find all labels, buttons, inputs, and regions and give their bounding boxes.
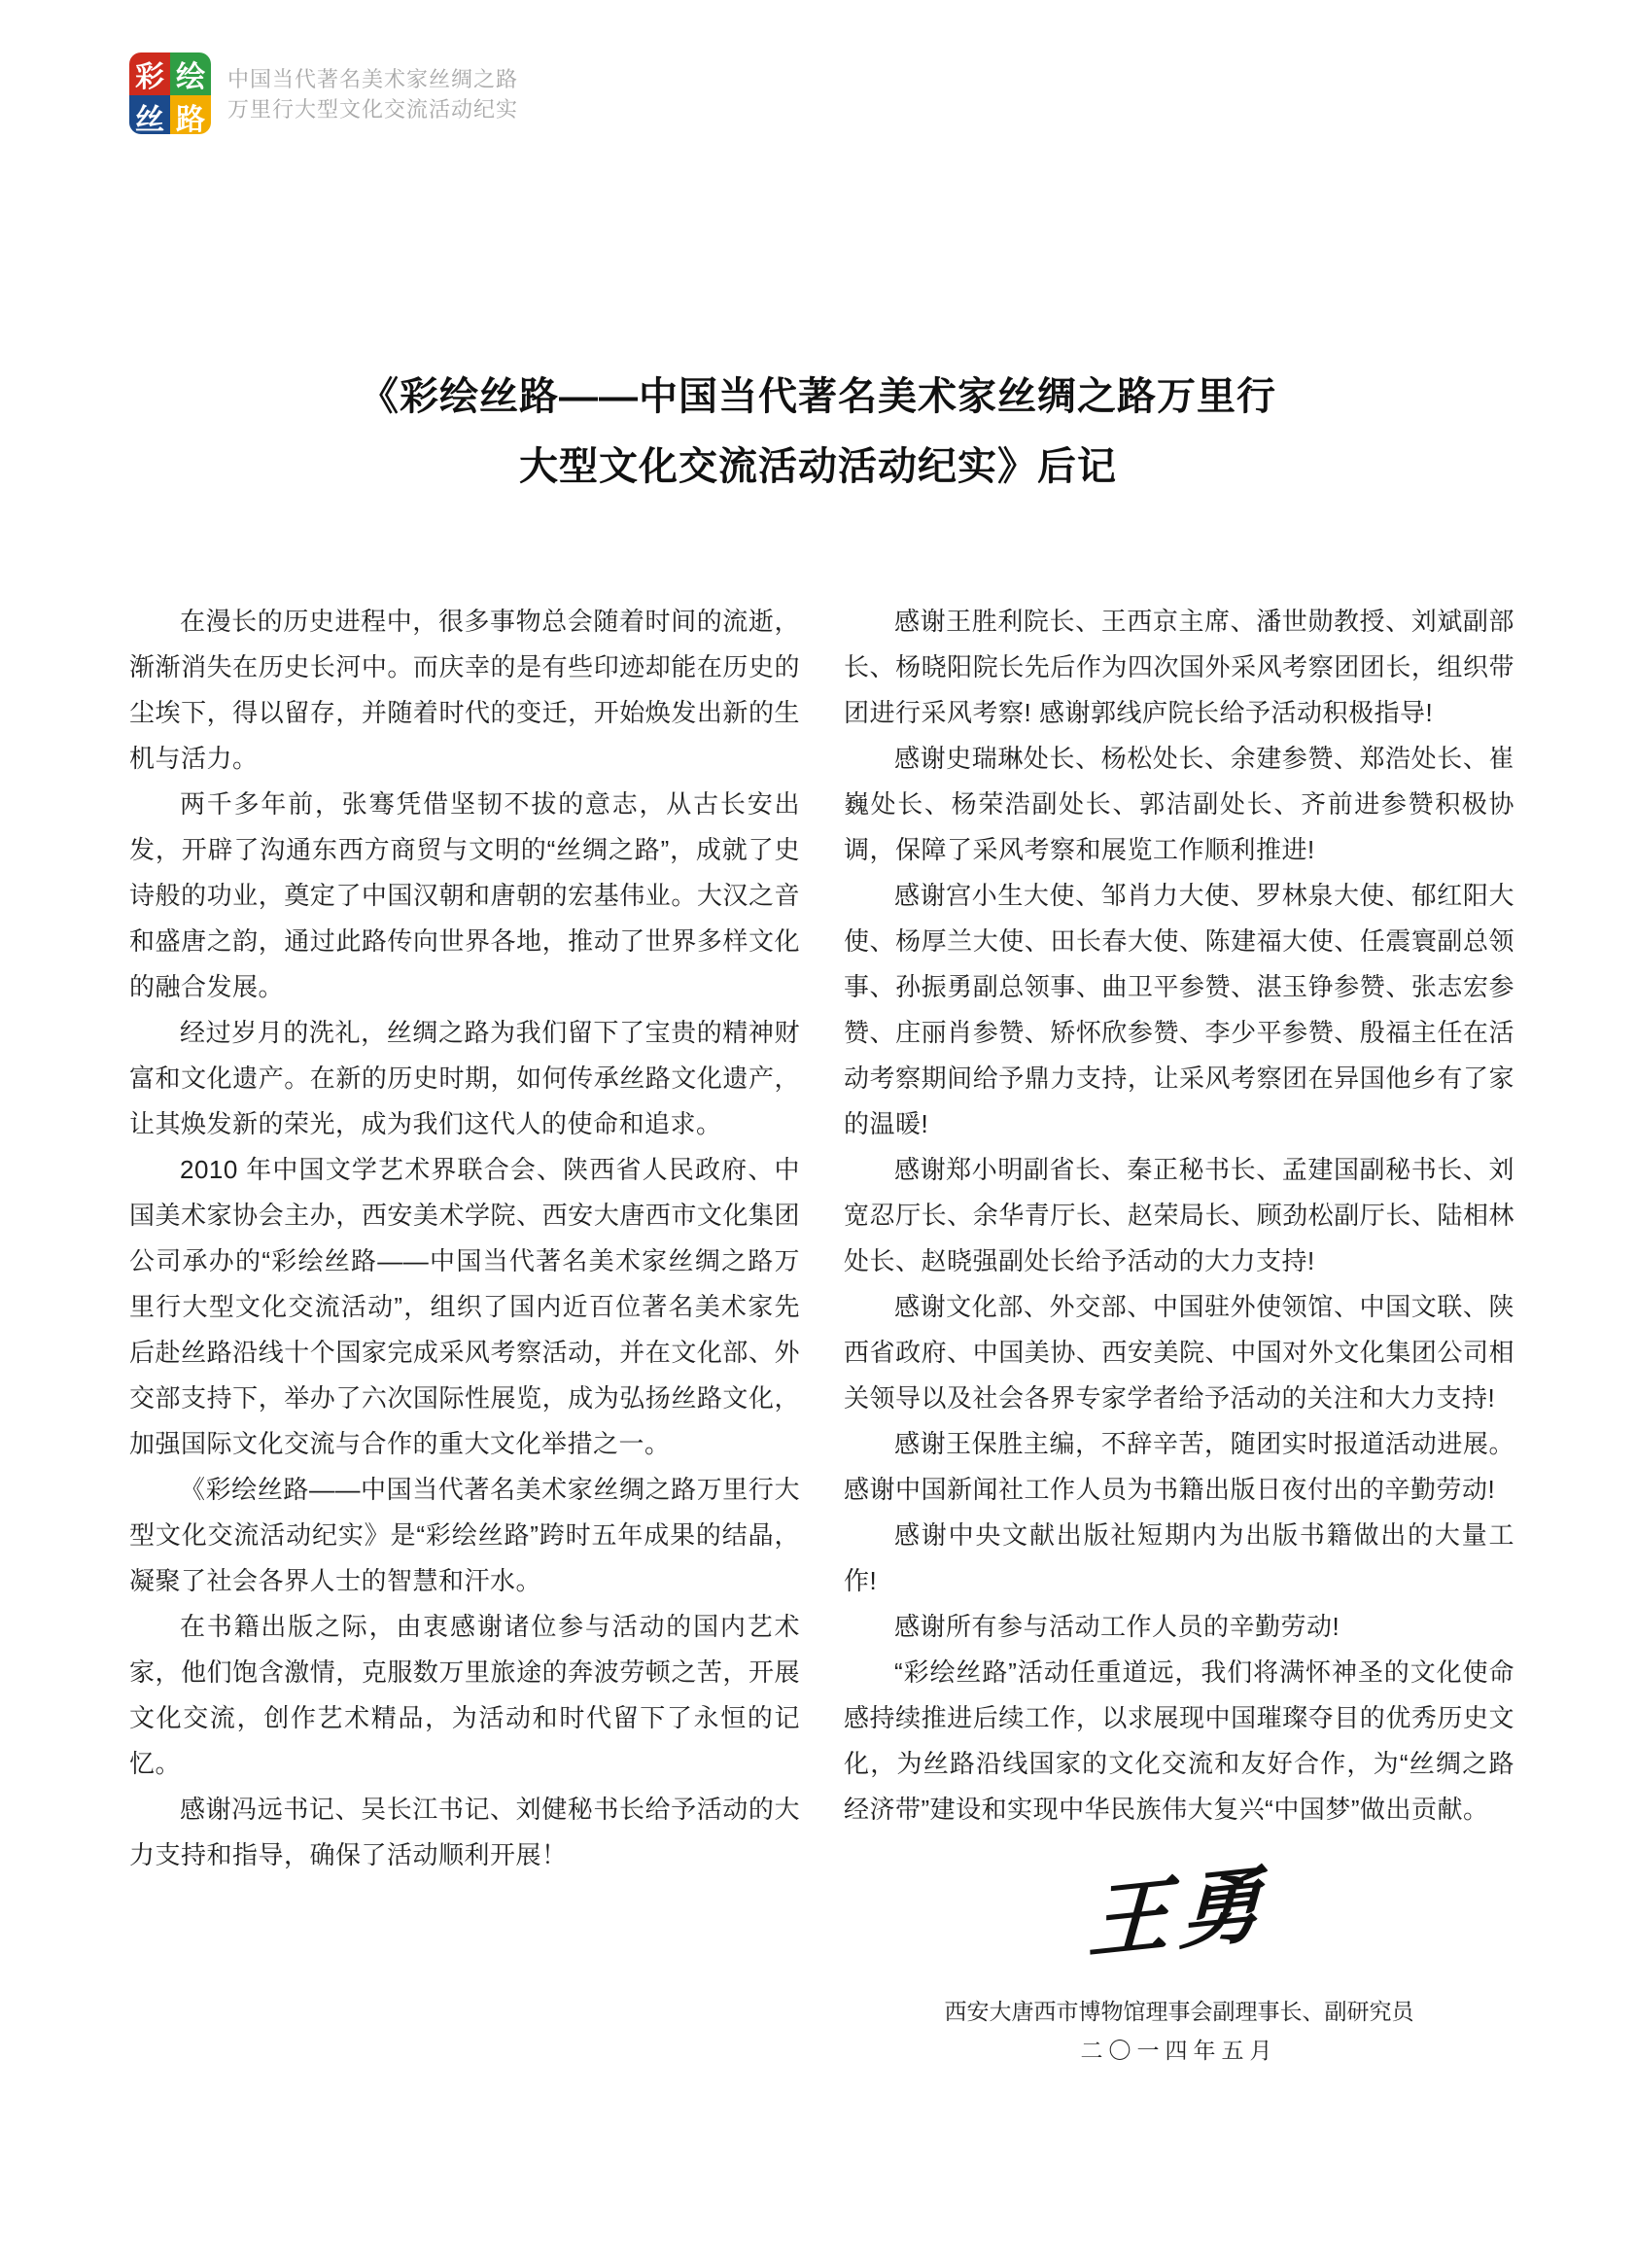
body-paragraph: 感谢郑小明副省长、秦正秘书长、孟建国副秘书长、刘宽忍厅长、余华青厅长、赵荣局长、…: [844, 1147, 1514, 1284]
body-paragraph: 感谢文化部、外交部、中国驻外使领馆、中国文联、陕西省政府、中国美协、西安美院、中…: [844, 1284, 1514, 1421]
page-title-line2: 大型文化交流活动活动纪实》后记: [0, 432, 1636, 502]
body-paragraph: 感谢史瑞琳处长、杨松处长、余建参赞、郑浩处长、崔巍处长、杨荣浩副处长、郭洁副处长…: [844, 736, 1514, 873]
brand-tagline: 中国当代著名美术家丝绸之路 万里行大型文化交流活动纪实: [227, 52, 518, 124]
brand-tagline-line2: 万里行大型文化交流活动纪实: [227, 94, 518, 124]
caihui-silu-logo: 彩 绘 丝 路: [129, 52, 211, 134]
logo-cell-si: 丝: [129, 95, 170, 134]
body-paragraph: 在漫长的历史进程中，很多事物总会随着时间的流逝，渐渐消失在历史长河中。而庆幸的是…: [129, 599, 800, 782]
signature-date: 二〇一四年五月: [844, 2031, 1514, 2070]
body-paragraph: 2010 年中国文学艺术界联合会、陕西省人民政府、中国美术家协会主办，西安美术学…: [129, 1147, 800, 1467]
body-paragraph: 《彩绘丝路——中国当代著名美术家丝绸之路万里行大型文化交流活动纪实》是“彩绘丝路…: [129, 1467, 800, 1604]
body-paragraph: “彩绘丝路”活动任重道远，我们将满怀神圣的文化使命感持续推进后续工作，以求展现中…: [844, 1650, 1514, 1832]
body-columns: 在漫长的历史进程中，很多事物总会随着时间的流逝，渐渐消失在历史长河中。而庆幸的是…: [129, 599, 1514, 1878]
brand-block: 彩 绘 丝 路 中国当代著名美术家丝绸之路 万里行大型文化交流活动纪实: [129, 52, 518, 134]
body-paragraph: 感谢所有参与活动工作人员的辛勤劳动!: [844, 1604, 1514, 1650]
body-paragraph: 在书籍出版之际，由衷感谢诸位参与活动的国内艺术家，他们饱含激情，克服数万里旅途的…: [129, 1604, 800, 1787]
body-paragraph: 感谢冯远书记、吴长江书记、刘健秘书长给予活动的大力支持和指导，确保了活动顺利开展…: [129, 1787, 800, 1878]
body-paragraph: 两千多年前，张骞凭借坚韧不拔的意志，从古长安出发，开辟了沟通东西方商贸与文明的“…: [129, 782, 800, 1010]
right-column: 感谢王胜利院长、王西京主席、潘世勋教授、刘斌副部长、杨晓阳院长先后作为四次国外采…: [844, 599, 1514, 1878]
body-paragraph: 感谢宫小生大使、邹肖力大使、罗林泉大使、郁红阳大使、杨厚兰大使、田长春大使、陈建…: [844, 873, 1514, 1147]
body-paragraph: 感谢王胜利院长、王西京主席、潘世勋教授、刘斌副部长、杨晓阳院长先后作为四次国外采…: [844, 599, 1514, 736]
page-title-line1: 《彩绘丝路——中国当代著名美术家丝绸之路万里行: [0, 362, 1636, 432]
handwritten-signature: 王勇: [1086, 1842, 1272, 1989]
page-title: 《彩绘丝路——中国当代著名美术家丝绸之路万里行 大型文化交流活动活动纪实》后记: [0, 362, 1636, 502]
signature-block: 王勇 西安大唐西市博物馆理事会副理事长、副研究员 二〇一四年五月: [844, 1852, 1514, 2070]
brand-tagline-line1: 中国当代著名美术家丝绸之路: [227, 64, 518, 94]
body-paragraph: 感谢王保胜主编，不辞辛苦，随团实时报道活动进展。感谢中国新闻社工作人员为书籍出版…: [844, 1421, 1514, 1513]
body-paragraph: 经过岁月的洗礼，丝绸之路为我们留下了宝贵的精神财富和文化遗产。在新的历史时期，如…: [129, 1010, 800, 1147]
afterword-page: 彩 绘 丝 路 中国当代著名美术家丝绸之路 万里行大型文化交流活动纪实 《彩绘丝…: [0, 0, 1636, 2268]
logo-cell-cai: 彩: [129, 52, 170, 95]
body-paragraph: 感谢中央文献出版社短期内为出版书籍做出的大量工作!: [844, 1513, 1514, 1604]
logo-cell-hui: 绘: [170, 52, 211, 95]
signature-title: 西安大唐西市博物馆理事会副理事长、副研究员: [844, 1992, 1514, 2031]
logo-cell-lu: 路: [170, 95, 211, 134]
left-column: 在漫长的历史进程中，很多事物总会随着时间的流逝，渐渐消失在历史长河中。而庆幸的是…: [129, 599, 800, 1878]
